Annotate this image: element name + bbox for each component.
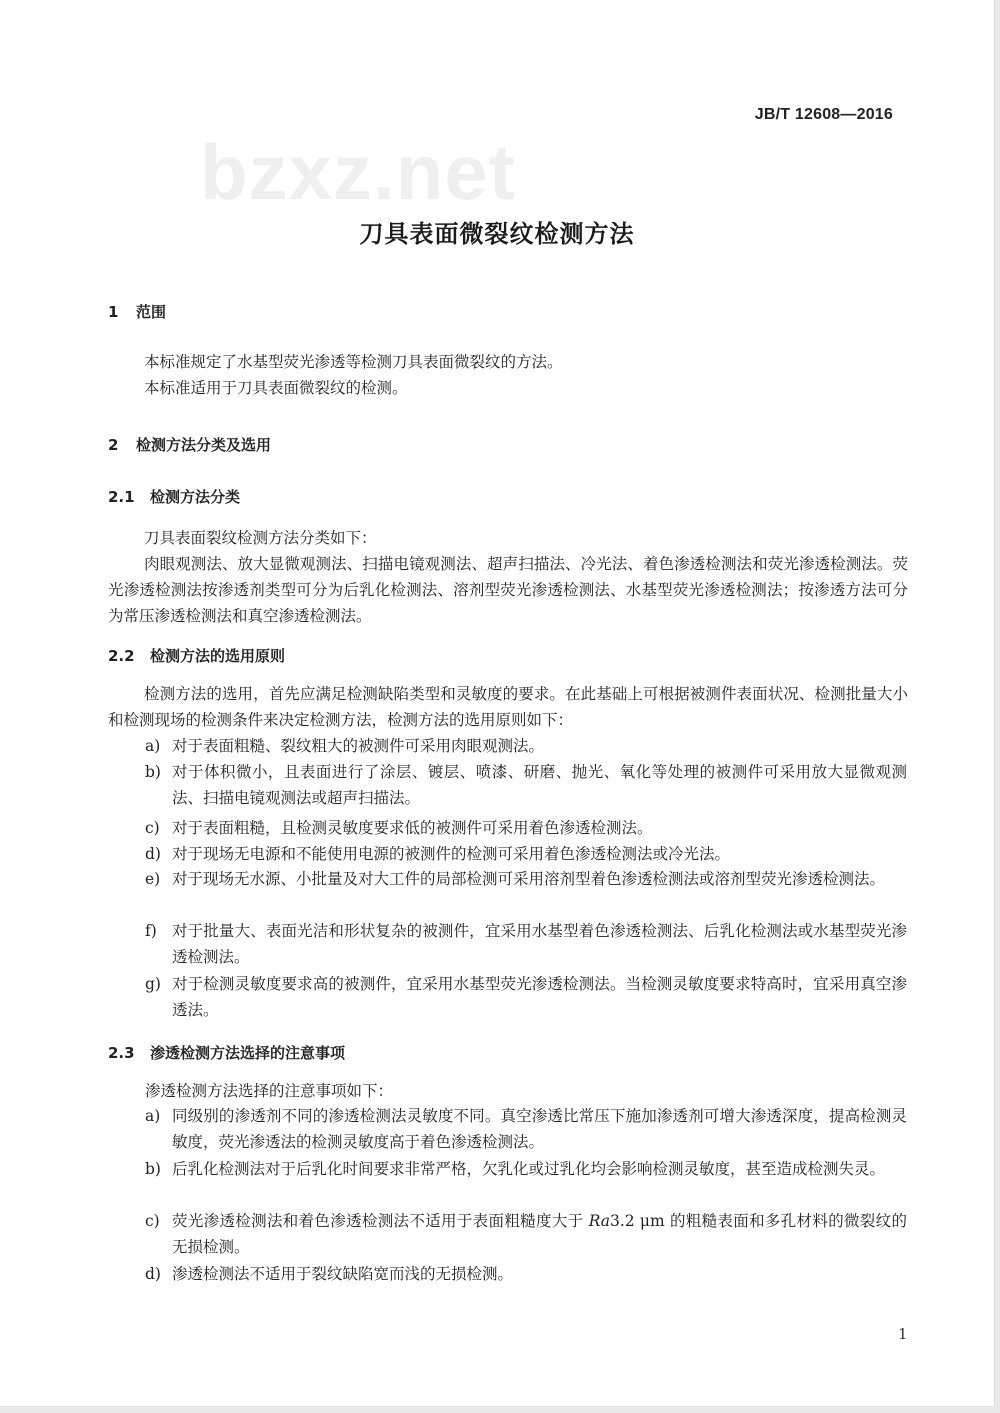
classification-intro: 刀具表面裂纹检测方法分类如下： xyxy=(108,525,908,551)
selection-item-e: e)对于现场无水源、小批量及对大工件的局部检测可采用溶剂型着色渗透检测法或溶剂型… xyxy=(145,866,907,892)
section-2-1-heading: 2.1检测方法分类 xyxy=(108,486,240,507)
selection-item-c: c)对于表面粗糙，且检测灵敏度要求低的被测件可采用着色渗透检测法。 xyxy=(145,815,907,841)
scope-paragraph-1: 本标准规定了水基型荧光渗透等检测刀具表面微裂纹的方法。 xyxy=(108,349,908,375)
selection-intro: 检测方法的选用，首先应满足检测缺陷类型和灵敏度的要求。在此基础上可根据被测件表面… xyxy=(108,681,908,733)
section-title: 范围 xyxy=(136,303,166,321)
section-number: 1 xyxy=(108,303,136,321)
section-title: 检测方法的选用原则 xyxy=(150,647,285,665)
section-2-3-heading: 2.3渗透检测方法选择的注意事项 xyxy=(108,1042,345,1063)
watermark: bzxz.net xyxy=(200,133,516,211)
section-number: 2.2 xyxy=(108,647,150,665)
section-1-heading: 1范围 xyxy=(108,301,166,322)
section-number: 2 xyxy=(108,436,136,454)
selection-item-d: d)对于现场无电源和不能使用电源的被测件的检测可采用着色渗透检测法或冷光法。 xyxy=(145,841,907,867)
section-title: 检测方法分类及选用 xyxy=(136,436,271,454)
section-title: 检测方法分类 xyxy=(150,488,240,506)
scope-paragraph-2: 本标准适用于刀具表面微裂纹的检测。 xyxy=(108,375,908,401)
document-page: JB/T 12608—2016 bzxz.net 刀具表面微裂纹检测方法 1范围… xyxy=(0,0,995,1407)
page-number: 1 xyxy=(898,1325,908,1343)
selection-item-f: f)对于批量大、表面光洁和形状复杂的被测件，宜采用水基型着色渗透检测法、后乳化检… xyxy=(145,918,907,970)
precaution-item-a: a)同级别的渗透剂不同的渗透检测法灵敏度不同。真空渗透比常压下施加渗透剂可增大渗… xyxy=(145,1103,907,1155)
section-number: 2.3 xyxy=(108,1044,150,1062)
section-2-2-heading: 2.2检测方法的选用原则 xyxy=(108,645,285,666)
section-2-heading: 2检测方法分类及选用 xyxy=(108,434,271,455)
section-title: 渗透检测方法选择的注意事项 xyxy=(150,1044,345,1062)
selection-item-b: b)对于体积微小，且表面进行了涂层、镀层、喷漆、研磨、抛光、氧化等处理的被测件可… xyxy=(145,759,907,811)
roughness-symbol: Ra xyxy=(589,1212,610,1230)
selection-item-g: g)对于检测灵敏度要求高的被测件，宜采用水基型荧光渗透检测法。当检测灵敏度要求特… xyxy=(145,971,907,1023)
standard-code: JB/T 12608—2016 xyxy=(755,106,893,124)
precaution-item-b: b)后乳化检测法对于后乳化时间要求非常严格，欠乳化或过乳化均会影响检测灵敏度，甚… xyxy=(145,1156,907,1182)
precaution-item-c: c)荧光渗透检测法和着色渗透检测法不适用于表面粗糙度大于 Ra3.2 μm 的粗… xyxy=(145,1208,907,1260)
section-number: 2.1 xyxy=(108,488,150,506)
selection-item-a: a)对于表面粗糙、裂纹粗大的被测件可采用肉眼观测法。 xyxy=(145,733,907,759)
classification-body: 肉眼观测法、放大显微观测法、扫描电镜观测法、超声扫描法、冷光法、着色渗透检测法和… xyxy=(108,551,908,629)
precautions-intro: 渗透检测方法选择的注意事项如下： xyxy=(145,1078,907,1104)
document-title: 刀具表面微裂纹检测方法 xyxy=(0,214,994,249)
precaution-item-d: d)渗透检测法不适用于裂纹缺陷宽而浅的无损检测。 xyxy=(145,1261,907,1287)
